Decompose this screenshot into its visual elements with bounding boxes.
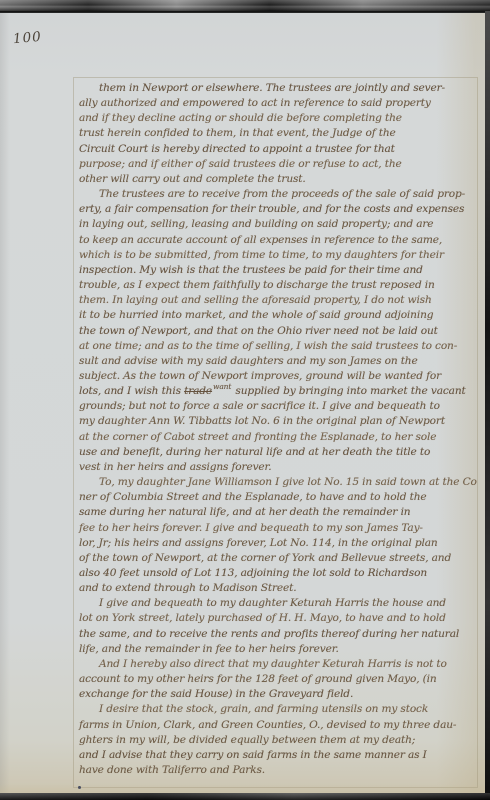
manuscript-line: them in Newport or elsewhere. The truste… bbox=[79, 81, 477, 96]
manuscript-line: exchange for the said House) in the Grav… bbox=[79, 687, 477, 702]
manuscript-line: trouble, as I expect them faithfully to … bbox=[79, 278, 477, 293]
manuscript-line: in laying out, selling, leasing and buil… bbox=[79, 217, 477, 232]
inserted-word: want bbox=[213, 379, 231, 394]
manuscript-line: The trustees are to receive from the pro… bbox=[79, 187, 477, 202]
manuscript-line: other will carry out and complete the tr… bbox=[79, 172, 477, 187]
manuscript-line: life, and the remainder in fee to her he… bbox=[79, 642, 477, 657]
manuscript-line: grounds; but not to force a sale or sacr… bbox=[79, 399, 477, 414]
text-block: them in Newport or elsewhere. The truste… bbox=[73, 77, 478, 788]
page-number: 100 bbox=[12, 29, 42, 47]
manuscript-line: and I advise that they carry on said far… bbox=[79, 748, 477, 763]
manuscript-line: account to my other heirs for the 128 fe… bbox=[79, 672, 477, 687]
right-edge-band bbox=[485, 11, 490, 800]
manuscript-line: and if they decline acting or should die… bbox=[79, 111, 477, 126]
manuscript-line: of the town of Newport, at the corner of… bbox=[79, 551, 477, 566]
manuscript-line: it to be hurried into market, and the wh… bbox=[79, 308, 477, 323]
manuscript-line: the town of Newport, and that on the Ohi… bbox=[79, 324, 477, 339]
manuscript-line: I give and bequeath to my daughter Ketur… bbox=[79, 596, 477, 611]
manuscript-line: use and benefit, during her natural life… bbox=[79, 445, 477, 460]
manuscript-line: I desire that the stock, grain, and farm… bbox=[79, 702, 477, 717]
bottom-edge-band bbox=[0, 793, 490, 800]
top-edge-band bbox=[0, 0, 490, 11]
manuscript-line: lot on York street, lately purchased of … bbox=[79, 611, 477, 626]
manuscript-line: ghters in my will, be divided equally be… bbox=[79, 733, 477, 748]
manuscript-line: subject. As the town of Newport improves… bbox=[79, 369, 477, 384]
manuscript-line: fee to her heirs forever. I give and beq… bbox=[79, 521, 477, 536]
manuscript-line: lots, and I wish this tradewant supplied… bbox=[79, 384, 477, 399]
manuscript-line: farms in Union, Clark, and Green Countie… bbox=[79, 718, 477, 733]
manuscript-line: which is to be submitted, from time to t… bbox=[79, 248, 477, 263]
manuscript-line: also 40 feet unsold of Lot 113, adjoinin… bbox=[79, 566, 477, 581]
manuscript-line: my daughter Ann W. Tibbatts lot No. 6 in… bbox=[79, 414, 477, 429]
ledger-page: 100 them in Newport or elsewhere. The tr… bbox=[0, 13, 485, 794]
manuscript-line: ner of Columbia Street and the Esplanade… bbox=[79, 490, 477, 505]
ink-dot bbox=[78, 786, 81, 789]
photo-frame: 100 them in Newport or elsewhere. The tr… bbox=[0, 0, 490, 800]
manuscript-line: lor, Jr; his heirs and assigns forever, … bbox=[79, 536, 477, 551]
manuscript-line: vest in her heirs and assigns forever. bbox=[79, 460, 477, 475]
manuscript-line: at the corner of Cabot street and fronti… bbox=[79, 430, 477, 445]
manuscript-line: have done with Taliferro and Parks. bbox=[79, 763, 477, 778]
manuscript-line: Circuit Court is hereby directed to appo… bbox=[79, 142, 477, 157]
manuscript-line: them. In laying out and selling the afor… bbox=[79, 293, 477, 308]
manuscript-line: inspection. My wish is that the trustees… bbox=[79, 263, 477, 278]
manuscript-line: sult and advise with my said daughters a… bbox=[79, 354, 477, 369]
manuscript-line: same during her natural life, and at her… bbox=[79, 505, 477, 520]
manuscript-line: and to extend through to Madison Street. bbox=[79, 581, 477, 596]
struck-word: trade bbox=[184, 385, 212, 397]
manuscript-line: at one time; and as to the time of selli… bbox=[79, 339, 477, 354]
manuscript-line: And I hereby also direct that my daughte… bbox=[79, 657, 477, 672]
manuscript-line: the same, and to receive the rents and p… bbox=[79, 627, 477, 642]
manuscript-line: To, my daughter Jane Williamson I give l… bbox=[79, 475, 477, 490]
manuscript-line: ally authorized and empowered to act in … bbox=[79, 96, 477, 111]
manuscript-line: to keep an accurate account of all expen… bbox=[79, 233, 477, 248]
manuscript-line: purpose; and if either of said trustees … bbox=[79, 157, 477, 172]
manuscript-line: trust herein confided to them, in that e… bbox=[79, 126, 477, 141]
manuscript-line: erty, a fair compensation for their trou… bbox=[79, 202, 477, 217]
